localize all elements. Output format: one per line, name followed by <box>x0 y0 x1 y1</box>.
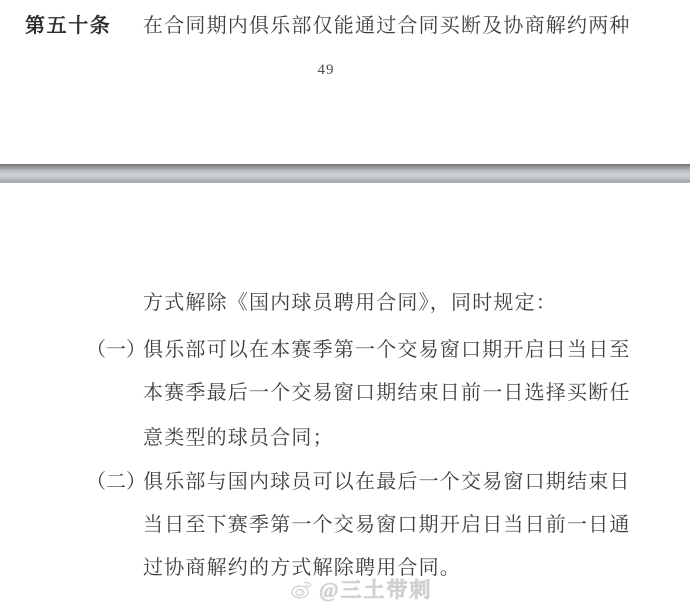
list-item-2-line-2: 当日至下赛季第一个交易窗口期开启日当日前一日通 <box>143 514 631 536</box>
watermark: @三土带刺 <box>290 574 433 604</box>
article-number: 第五十条 <box>25 15 111 37</box>
list-item-1-label: （一） <box>86 339 146 361</box>
page-number: 49 <box>0 62 652 79</box>
list-item-1-line-1: 俱乐部可以在本赛季第一个交易窗口期开启日当日至 <box>143 339 631 361</box>
document-page: 第五十条 在合同期内俱乐部仅能通过合同买断及协商解约两种 49 方式解除《国内球… <box>0 0 690 604</box>
watermark-handle: @三土带刺 <box>319 574 433 604</box>
list-item-2-label: （二） <box>86 471 146 493</box>
page-separator-bar <box>0 164 690 183</box>
article-intro-text: 在合同期内俱乐部仅能通过合同买断及协商解约两种 <box>143 15 631 37</box>
weibo-icon <box>290 578 314 600</box>
continuation-line: 方式解除《国内球员聘用合同》，同时规定： <box>143 292 557 314</box>
list-item-1-line-2: 本赛季最后一个交易窗口期结束日前一日选择买断任 <box>143 382 631 404</box>
list-item-2-line-1: 俱乐部与国内球员可以在最后一个交易窗口期结束日 <box>143 471 631 493</box>
list-item-1-line-3: 意类型的球员合同； <box>143 427 334 449</box>
